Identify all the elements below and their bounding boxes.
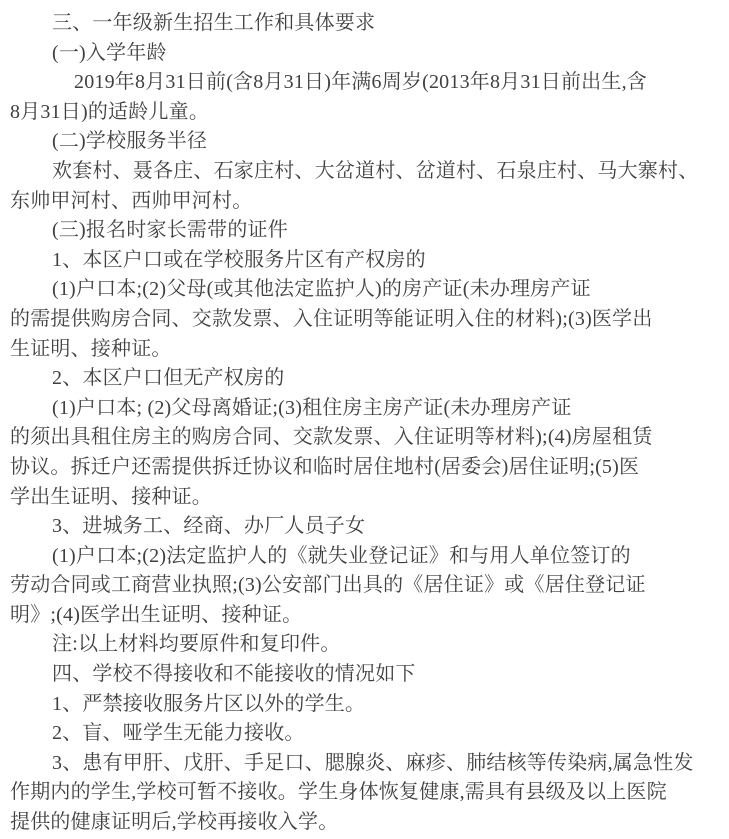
text-line: 注:以上材料均要原件和复印件。 xyxy=(10,630,721,660)
document-body: 三、一年级新生招生工作和具体要求(一)入学年龄2019年8月31日前(含8月31… xyxy=(10,9,721,838)
text-line: 东帅甲河村、西帅甲河村。 xyxy=(10,187,721,217)
text-line: 四、学校不得接收和不能接收的情况如下 xyxy=(10,660,721,690)
text-line: (一)入学年龄 xyxy=(10,39,721,69)
text-line: 1、本区户口或在学校服务片区有产权房的 xyxy=(10,246,721,276)
text-line: 的需提供购房合同、交款发票、入住证明等能证明入住的材料);(3)医学出 xyxy=(10,305,721,335)
text-line: 提供的健康证明后,学校再接收入学。 xyxy=(10,808,721,838)
text-line: 2019年8月31日前(含8月31日)年满6周岁(2013年8月31日前出生,含 xyxy=(10,68,721,98)
text-line: (三)报名时家长需带的证件 xyxy=(10,216,721,246)
text-line: 作期内的学生,学校可暂不接收。学生身体恢复健康,需具有县级及以上医院 xyxy=(10,778,721,808)
document-page: 三、一年级新生招生工作和具体要求(一)入学年龄2019年8月31日前(含8月31… xyxy=(0,0,729,839)
text-line: 3、进城务工、经商、办厂人员子女 xyxy=(10,512,721,542)
text-line: (1)户口本;(2)父母(或其他法定监护人)的房产证(未办理房产证 xyxy=(10,275,721,305)
text-line: 3、患有甲肝、戊肝、手足口、腮腺炎、麻疹、肺结核等传染病,属急性发 xyxy=(10,749,721,779)
text-line: 1、严禁接收服务片区以外的学生。 xyxy=(10,690,721,720)
text-line: 生证明、接种证。 xyxy=(10,335,721,365)
text-line: (二)学校服务半径 xyxy=(10,127,721,157)
text-line: 协议。拆迁户还需提供拆迁协议和临时居住地村(居委会)居住证明;(5)医 xyxy=(10,453,721,483)
text-line: (1)户口本;(2)法定监护人的《就失业登记证》和与用人单位签订的 xyxy=(10,542,721,572)
text-line: 2、本区户口但无产权房的 xyxy=(10,364,721,394)
text-line: 的须出具租住房主的购房合同、交款发票、入住证明等材料);(4)房屋租赁 xyxy=(10,423,721,453)
text-line: (1)户口本; (2)父母离婚证;(3)租住房主房产证(未办理房产证 xyxy=(10,394,721,424)
text-line: 明》;(4)医学出生证明、接种证。 xyxy=(10,601,721,631)
text-line: 劳动合同或工商营业执照;(3)公安部门出具的《居住证》或《居住登记证 xyxy=(10,571,721,601)
text-line: 8月31日)的适龄儿童。 xyxy=(10,98,721,128)
text-line: 学出生证明、接种证。 xyxy=(10,483,721,513)
text-line: 欢套村、聂各庄、石家庄村、大岔道村、岔道村、石泉庄村、马大寨村、 xyxy=(10,157,721,187)
text-line: 2、盲、哑学生无能力接收。 xyxy=(10,719,721,749)
text-line: 三、一年级新生招生工作和具体要求 xyxy=(10,9,721,39)
